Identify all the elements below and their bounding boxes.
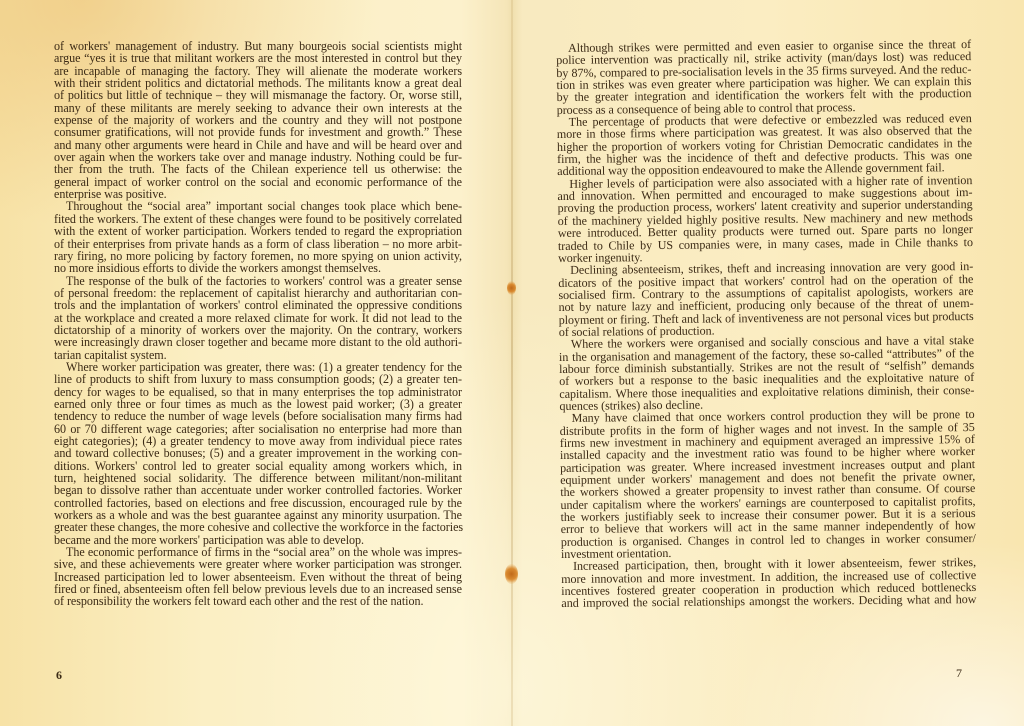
text-line: ther from the truth. The facts of the Ch… — [54, 163, 462, 175]
text-line: of politics but little of technique – th… — [54, 89, 462, 101]
page-number-right: 7 — [956, 666, 962, 681]
text-line: no more insidious efforts to divide the … — [54, 262, 462, 274]
right-page: Although strikes were permitted and even… — [512, 0, 1024, 726]
text-line: Throughout the “social area” important s… — [54, 200, 462, 212]
text-line: argue “yes it is true that militant work… — [54, 52, 462, 64]
text-line: of their enterprises from private hands … — [54, 238, 462, 250]
left-page: of workers' management of industry. But … — [0, 0, 512, 726]
text-line: greater these changes, the more cohesive… — [54, 521, 462, 533]
text-line: and improved the social relationships am… — [561, 593, 976, 609]
left-page-body: of workers' management of industry. But … — [54, 40, 462, 608]
text-line: trols and the implantation of workers' c… — [54, 299, 462, 311]
text-line: tendency to reduce the number of wage le… — [54, 410, 462, 422]
text-line: consumer gratifications, will not provid… — [54, 126, 462, 138]
text-line: and toward collective bonuses; (5) and a… — [54, 447, 462, 459]
page-number-left: 6 — [56, 668, 62, 683]
book-spread: of workers' management of industry. But … — [0, 0, 1024, 726]
text-line: of responsibility the workers felt towar… — [54, 595, 462, 607]
text-line: line of products to shift from luxury to… — [54, 373, 462, 385]
text-line: began to dissolve rather than accentuate… — [54, 484, 462, 496]
right-page-body: Although strikes were permitted and even… — [556, 38, 976, 610]
text-line: were increasingly drawn closer together … — [54, 336, 462, 348]
text-line: sive, and these achievements were greate… — [54, 558, 462, 570]
text-line: with the extent of worker participation.… — [54, 225, 462, 237]
